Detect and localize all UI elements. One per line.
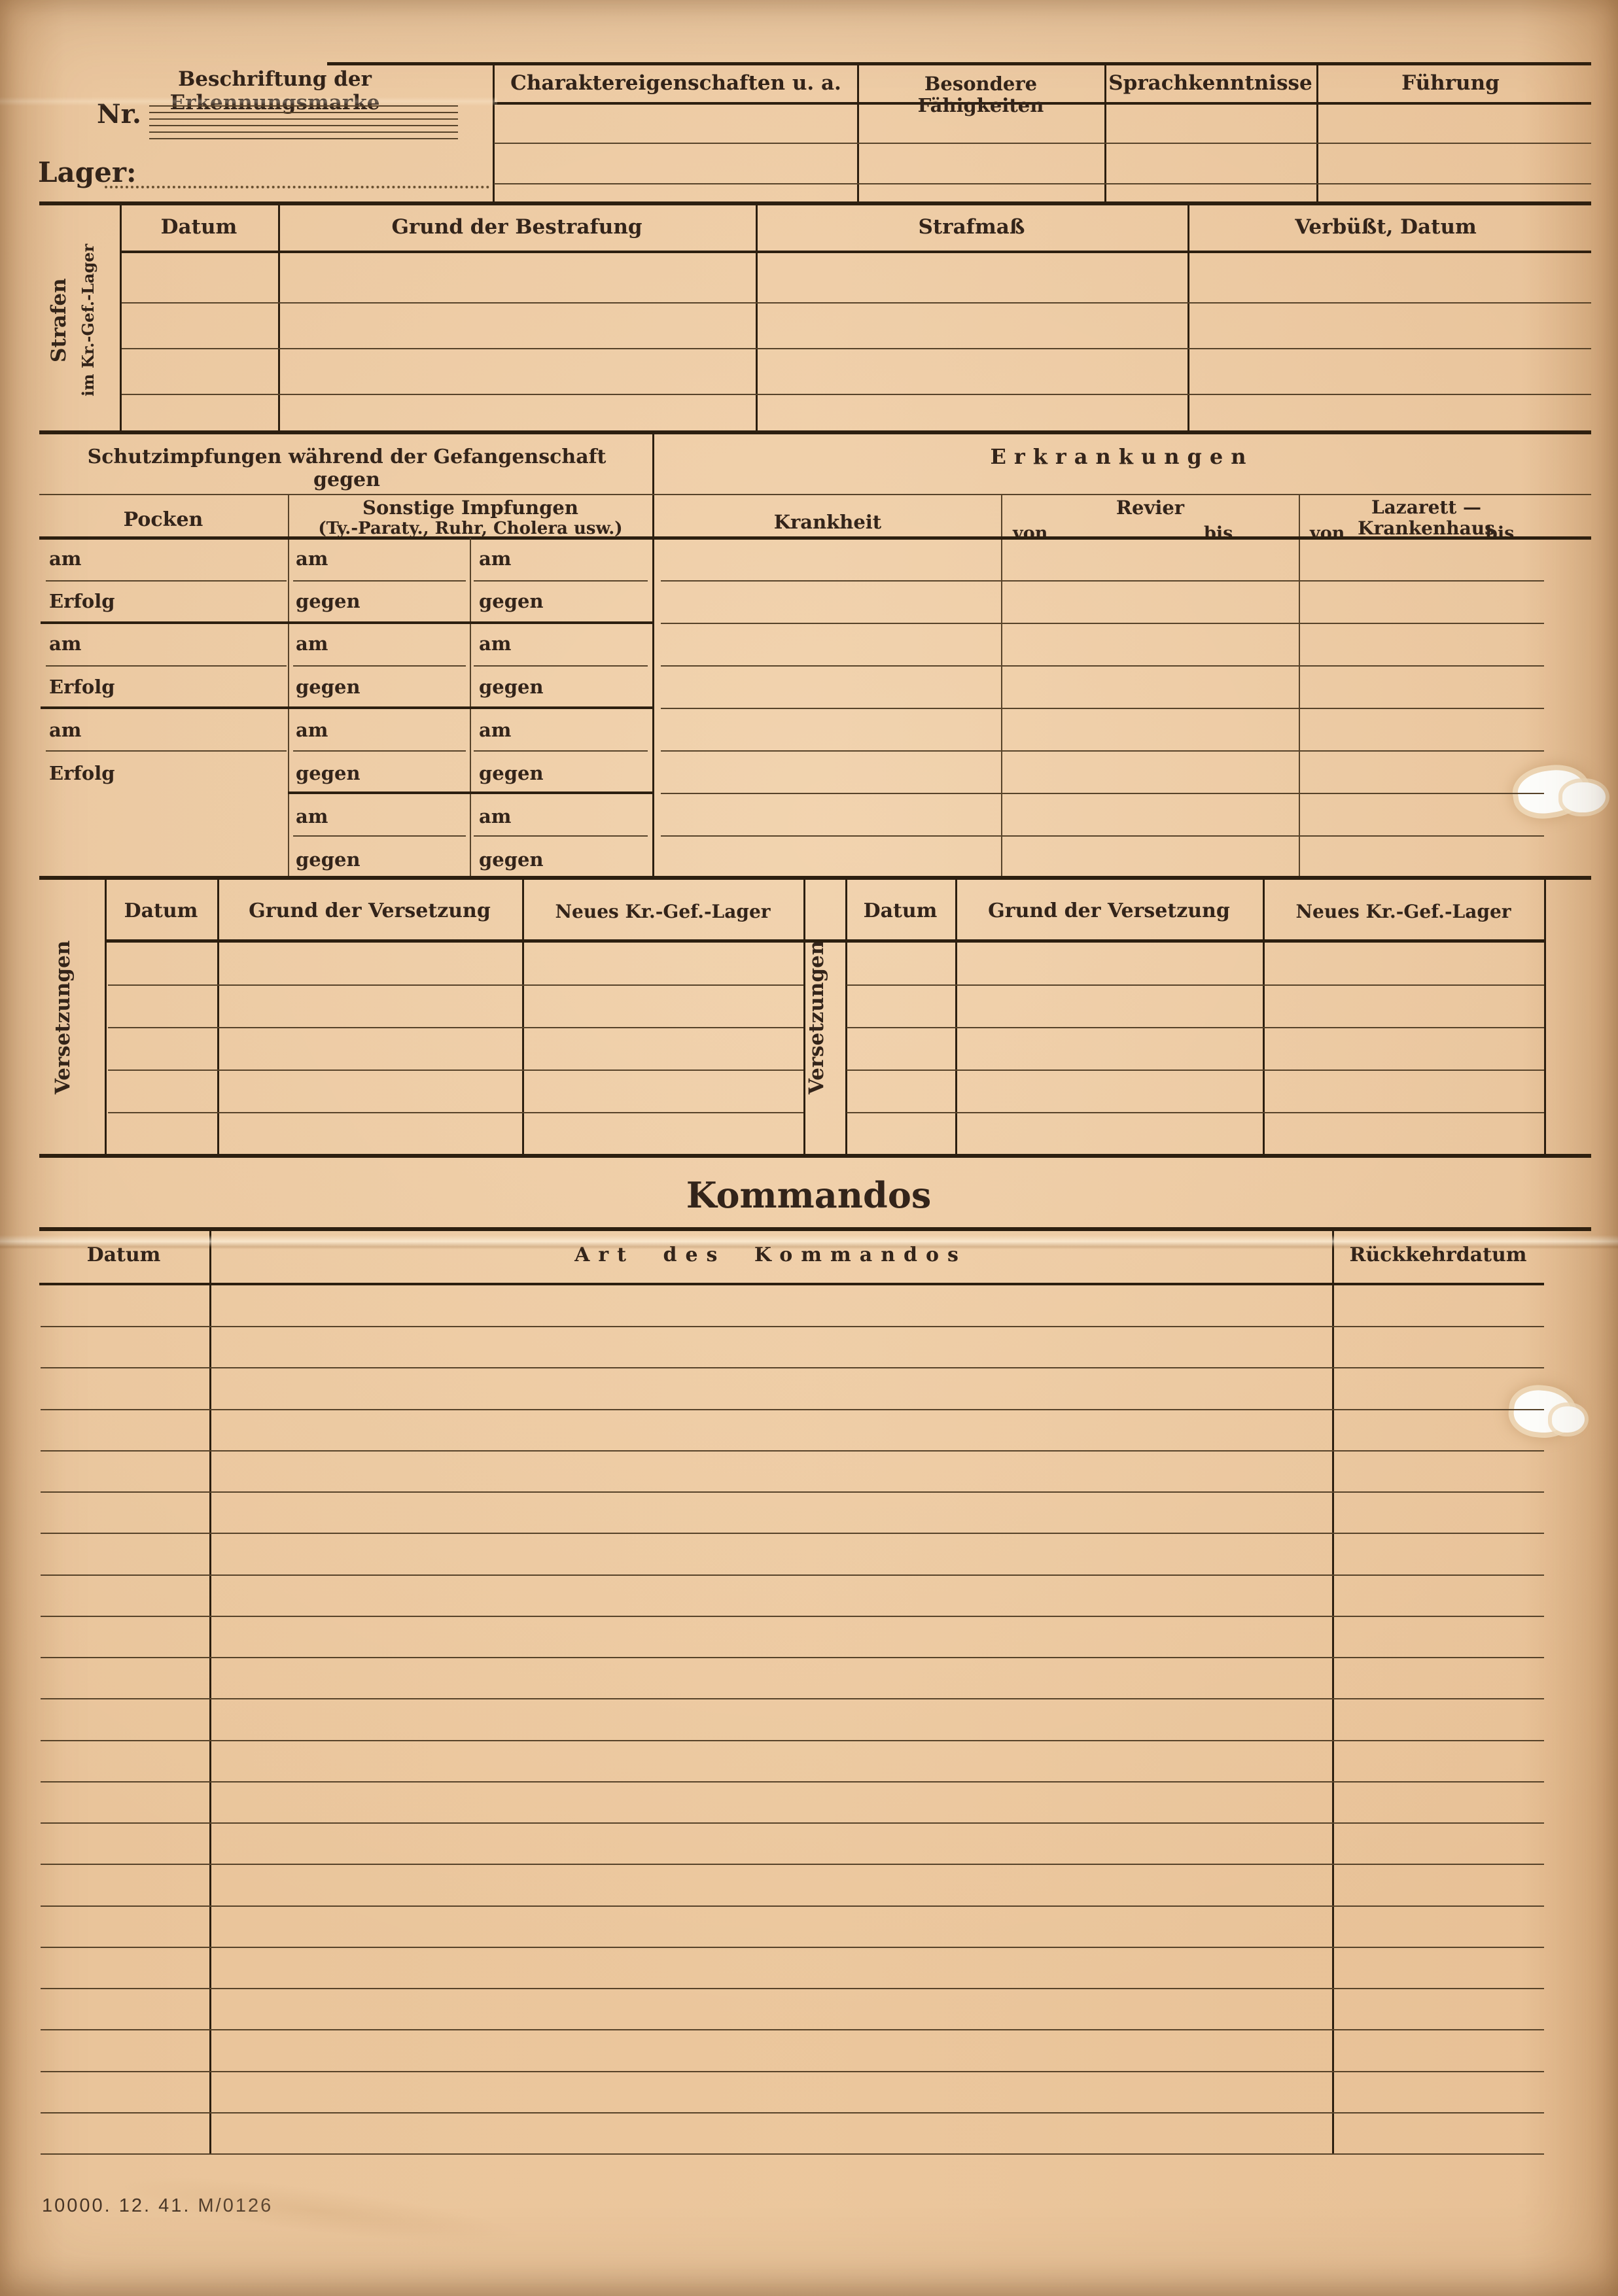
kommandos-row-line [41, 1864, 1544, 1865]
rule-line [661, 665, 1544, 667]
kommandos-row-line [41, 1409, 1544, 1410]
kommandos-row-line [41, 1450, 1544, 1452]
rule-line [108, 1070, 803, 1071]
column-divider [1316, 62, 1318, 203]
subheader-underline-heavy [39, 536, 1591, 540]
versetzungen-datum-header-right: Datum [848, 900, 953, 923]
pow-record-card-back: Beschriftung der Erkennungsmarke Nr. Lag… [0, 0, 1618, 2296]
rule-line [474, 835, 648, 837]
rule-line [661, 708, 1544, 709]
sprachen-header: Sprachkenntnisse [1108, 72, 1313, 96]
rule-line [108, 1112, 803, 1113]
rule-line [847, 1027, 1544, 1028]
rule-line [108, 1027, 803, 1028]
kommandos-row-line [41, 2029, 1544, 2030]
sonstige-gegen-label: gegen [479, 849, 544, 871]
rule-line [293, 665, 466, 667]
sonstige-gegen-label: gegen [479, 763, 544, 784]
sonstige-gegen-label: gegen [479, 676, 544, 698]
rule-line [474, 580, 648, 582]
column-divider [857, 62, 859, 203]
rule-line [661, 793, 1544, 794]
kommandos-row-line [41, 1491, 1544, 1493]
nr-staff-line [149, 112, 458, 113]
kommandos-row-line [41, 2153, 1544, 2155]
revier-header: Revier [1004, 497, 1296, 519]
versetzungen-header-underline [105, 939, 1546, 943]
rule-line [46, 580, 287, 582]
verbuesst-header: Verbüßt, Datum [1189, 216, 1582, 239]
kommandos-row-line [41, 1822, 1544, 1824]
strafen-header-underline [120, 251, 1591, 253]
rule-line [122, 302, 1591, 304]
rule-line [122, 394, 1591, 395]
sonstige-gegen-label: gegen [296, 763, 361, 784]
kommandos-row-line [41, 1574, 1544, 1576]
section-divider-heavy [39, 201, 1591, 205]
column-divider [288, 495, 289, 877]
column-divider [1299, 495, 1300, 877]
kommandos-row-line [41, 1367, 1544, 1368]
column-divider [1001, 495, 1002, 877]
sonstige-gegen-label: gegen [296, 849, 361, 871]
pocken-erfolg-label: Erfolg [49, 763, 115, 784]
nr-staff-line [149, 138, 458, 139]
rule-line [46, 750, 287, 752]
paper-wrinkle [76, 2143, 670, 2293]
versetzungen-side-label-left: Versetzungen [51, 890, 81, 1145]
pocken-header: Pocken [41, 509, 286, 532]
kommandos-row-line [41, 1326, 1544, 1327]
versetzungen-grund-header-left: Grund der Versetzung [220, 900, 519, 923]
impfungen-title: Schutzimpfungen während der Gefangenscha… [52, 446, 641, 491]
strafen-side-label-main: Strafen [47, 216, 77, 425]
column-divider [1104, 62, 1106, 203]
kommandos-row-line [41, 1616, 1544, 1617]
rule-line [494, 143, 1591, 144]
versetzungen-neues-lager-header-left: Neues Kr.-Gef.-Lager [525, 901, 801, 922]
kommandos-row-line [41, 1740, 1544, 1741]
title-underline [39, 494, 1591, 495]
pocken-erfolg-label: Erfolg [49, 676, 115, 698]
kommandos-row-line [41, 1781, 1544, 1783]
strafen-datum-header: Datum [122, 216, 276, 239]
rule-line [474, 665, 648, 667]
rule-line [293, 750, 466, 752]
section-divider-heavy [39, 876, 1591, 880]
nr-staff-line [149, 118, 458, 120]
faehigkeiten-header: Besondere Fähigkeiten [860, 73, 1101, 117]
revier-bis-label: bis [1204, 523, 1233, 544]
kommandos-row-line [41, 1698, 1544, 1699]
sonstige-header-line1: Sonstige Impfungen [290, 497, 650, 519]
rule-line [474, 750, 648, 752]
sonstige-am-label: am [296, 633, 328, 655]
kommandos-art-header: Art des Kommandos [340, 1244, 1201, 1267]
table-edge [1544, 877, 1546, 1155]
strafen-side-label-sub: im Kr.-Gef.-Lager [79, 211, 102, 429]
versetzungen-grund-header-right: Grund der Versetzung [958, 900, 1260, 923]
punch-hole [1552, 1406, 1585, 1433]
column-divider [217, 877, 219, 1155]
erkrankungen-title: Erkrankungen [720, 445, 1524, 469]
punch-hole [1562, 782, 1606, 812]
kommandos-row-line [41, 1533, 1544, 1534]
section-divider-heavy [39, 430, 1591, 434]
table-edge [845, 877, 847, 1155]
rule-line [41, 706, 652, 709]
rule-line [847, 1112, 1544, 1113]
sonstige-am-label: am [479, 806, 511, 827]
rule-line [288, 791, 652, 794]
rule-line [847, 1070, 1544, 1071]
sonstige-am-label: am [479, 548, 511, 570]
versetzungen-side-label-right: Versetzungen [805, 890, 835, 1145]
half-divider [652, 432, 654, 877]
kommandos-top-line [39, 1227, 1591, 1231]
versetzungen-datum-header-left: Datum [108, 900, 214, 923]
kommandos-header-underline [39, 1283, 1544, 1285]
rule-line [293, 835, 466, 837]
strafmass-header: Strafmaß [758, 216, 1186, 239]
kommandos-row-line [41, 2112, 1544, 2113]
rule-line [661, 750, 1544, 752]
section-divider-heavy [39, 1154, 1591, 1158]
sonstige-am-label: am [296, 720, 328, 741]
kommandos-rueckkehr-header: Rückkehrdatum [1335, 1244, 1541, 1267]
nr-label: Nr. [97, 99, 141, 130]
revier-von-label: von [1013, 523, 1047, 544]
kommandos-title: Kommandos [547, 1175, 1070, 1215]
versetzungen-neues-lager-header-right: Neues Kr.-Gef.-Lager [1265, 901, 1541, 922]
kommandos-row-line [41, 1657, 1544, 1658]
fuehrung-header: Führung [1320, 72, 1581, 96]
rule-line [847, 984, 1544, 986]
rule-line [494, 183, 1591, 184]
column-divider [1263, 877, 1265, 1155]
kommandos-row-line [41, 2071, 1544, 2072]
lazarett-von-label: von [1310, 523, 1345, 544]
char-header: Charaktereigenschaften u. a. [499, 72, 853, 96]
table-edge [105, 877, 107, 1155]
pocken-am-label: am [49, 548, 81, 570]
rule-line [46, 665, 287, 667]
column-divider [522, 877, 524, 1155]
print-imprint: 10000. 12. 41. M/0126 [42, 2195, 273, 2217]
kommandos-row-line [41, 1905, 1544, 1907]
rule-line [122, 348, 1591, 349]
kommandos-row-line [41, 1947, 1544, 1948]
kommandos-datum-header: Datum [41, 1244, 207, 1267]
column-divider [955, 877, 957, 1155]
lazarett-bis-label: bis [1485, 523, 1514, 544]
sonstige-am-label: am [479, 633, 511, 655]
sonstige-am-label: am [296, 806, 328, 827]
sonstige-gegen-label: gegen [296, 676, 361, 698]
pocken-am-label: am [49, 720, 81, 741]
kommandos-row-line [41, 1988, 1544, 1989]
rule-line [661, 623, 1544, 624]
sonstige-am-label: am [296, 548, 328, 570]
nr-staff-line [149, 125, 458, 126]
rule-line [41, 621, 652, 624]
strafen-grund-header: Grund der Bestrafung [280, 216, 754, 239]
column-divider [493, 62, 495, 203]
nr-staff-line [149, 131, 458, 133]
pocken-am-label: am [49, 633, 81, 655]
sonstige-am-label: am [479, 720, 511, 741]
rule-line [293, 580, 466, 582]
pocken-erfolg-label: Erfolg [49, 591, 115, 612]
rule-line [661, 580, 1544, 582]
rule-line [108, 984, 803, 986]
lager-fill-line [105, 162, 489, 188]
sonstige-gegen-label: gegen [296, 591, 361, 612]
table-edge [803, 877, 805, 1155]
rule-line [661, 835, 1544, 837]
sonstige-gegen-label: gegen [479, 591, 544, 612]
krankheit-header: Krankheit [661, 512, 994, 533]
nr-staff-line [149, 105, 458, 107]
top-border-line [327, 62, 1591, 65]
